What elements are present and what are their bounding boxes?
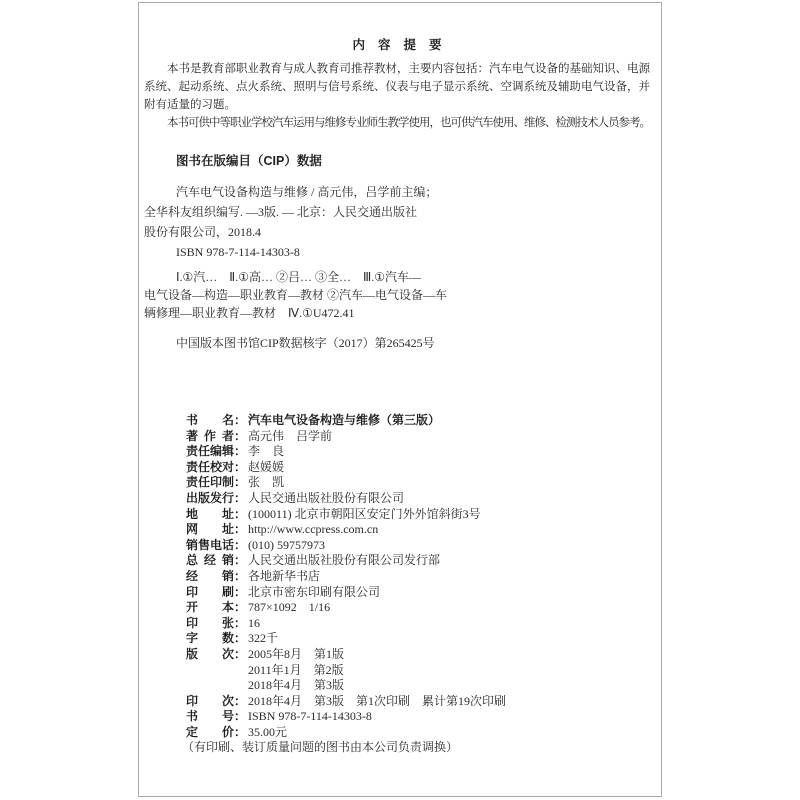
colophon-value: 人民交通出版社股份有限公司发行部 (246, 553, 651, 569)
colophon-row: 书号 ： ISBN 978-7-114-14303-8 (186, 709, 651, 725)
colophon-label: 责任印制 (186, 475, 234, 491)
colophon-value: 16 (246, 616, 651, 632)
colophon-label-colon: ： (234, 507, 246, 523)
colophon-value-line: 赵媛媛 (248, 460, 651, 476)
cip-record-line: 汽车电气设备构造与维修 / 高元伟，吕学前主编； (144, 182, 650, 202)
colophon-label: 销售电话 (186, 538, 234, 554)
colophon-value-line: 2011年1月 第2版 (248, 663, 651, 679)
colophon-value: ISBN 978-7-114-14303-8 (246, 709, 651, 725)
colophon-label-colon: ： (234, 491, 246, 507)
colophon-value: 人民交通出版社股份有限公司 (246, 491, 651, 507)
colophon-label-colon: ： (234, 522, 246, 538)
colophon-value-line: 北京市密东印刷有限公司 (248, 585, 651, 601)
cip-isbn-line: ISBN 978-7-114-14303-8 (144, 242, 650, 262)
colophon-value-line: 张 凯 (248, 475, 651, 491)
colophon-value: http://www.ccpress.com.cn (246, 522, 651, 538)
colophon-value-line: 322千 (248, 631, 651, 647)
colophon-label-colon: ： (234, 553, 246, 569)
colophon-label-colon: ： (234, 413, 246, 429)
cip-class-line: Ⅰ.①汽… Ⅱ.①高… ②吕… ③全… Ⅲ.①汽车— (144, 268, 650, 286)
colophon-value: 高元伟 吕学前 (246, 429, 651, 445)
cip-record-line: 股份有限公司，2018.4 (144, 222, 650, 242)
colophon-value-line: 2018年4月 第3版 第1次印刷 累计第19次印刷 (248, 694, 651, 710)
colophon-row: 版次 ： 2005年8月 第1版2011年1月 第2版2018年4月 第3版 (186, 647, 651, 694)
colophon-label-colon: ： (234, 616, 246, 632)
cip-record: 汽车电气设备构造与维修 / 高元伟，吕学前主编； 全华科友组织编写. —3版. … (144, 182, 650, 262)
colophon-value-line: ISBN 978-7-114-14303-8 (248, 709, 651, 725)
screenshot-canvas: 内容提要 本书是教育部职业教育与成人教育司推荐教材，主要内容包括：汽车电气设备的… (0, 0, 800, 800)
colophon-row: 责任校对 ： 赵媛媛 (186, 460, 651, 476)
colophon-label: 责任校对 (186, 460, 234, 476)
summary-section: 内容提要 本书是教育部职业教育与成人教育司推荐教材，主要内容包括：汽车电气设备的… (144, 35, 650, 132)
colophon-label: 印次 (186, 694, 234, 710)
colophon-label-colon: ： (234, 444, 246, 460)
colophon-row: 印次 ： 2018年4月 第3版 第1次印刷 累计第19次印刷 (186, 694, 651, 710)
summary-title: 内容提要 (144, 35, 650, 53)
colophon-value-line: 2005年8月 第1版 (248, 647, 651, 663)
colophon-value: 张 凯 (246, 475, 651, 491)
cip-section: 图书在版编目（CIP）数据 汽车电气设备构造与维修 / 高元伟，吕学前主编； 全… (144, 151, 650, 351)
colophon-value-line: (010) 59757973 (248, 538, 651, 554)
colophon-label-colon: ： (234, 429, 246, 445)
cip-heading: 图书在版编目（CIP）数据 (176, 151, 650, 169)
colophon-row: 总经销 ： 人民交通出版社股份有限公司发行部 (186, 553, 651, 569)
colophon-label-colon: ： (234, 475, 246, 491)
colophon-value-line: 16 (248, 616, 651, 632)
colophon-value: 赵媛媛 (246, 460, 651, 476)
colophon-row: 著作者 ： 高元伟 吕学前 (186, 429, 651, 445)
colophon-label-colon: ： (234, 538, 246, 554)
colophon-label-colon: ： (234, 694, 246, 710)
colophon-label: 总经销 (186, 553, 234, 569)
colophon-row: 印张 ： 16 (186, 616, 651, 632)
colophon-row: 开本 ： 787×1092 1/16 (186, 600, 651, 616)
colophon-value-line: 高元伟 吕学前 (248, 429, 651, 445)
colophon-value: (010) 59757973 (246, 538, 651, 554)
colophon-value-line: 2018年4月 第3版 (248, 678, 651, 694)
colophon-value-line: http://www.ccpress.com.cn (248, 522, 651, 538)
colophon-row: 销售电话 ： (010) 59757973 (186, 538, 651, 554)
colophon-row: 字数 ： 322千 (186, 631, 651, 647)
colophon-label: 出版发行 (186, 491, 234, 507)
colophon-row: 定价 ： 35.00元 (186, 725, 651, 741)
colophon-value-line: 35.00元 (248, 725, 651, 741)
colophon-value: 北京市密东印刷有限公司 (246, 585, 651, 601)
summary-paragraph-2: 本书可供中等职业学校汽车运用与维修专业师生教学使用，也可供汽车使用、维修、检测技… (144, 114, 650, 132)
colophon-value: 李 良 (246, 444, 651, 460)
colophon-section: 书名 ： 汽车电气设备构造与维修（第三版） 著作者 ： 高元伟 吕学前 责任编辑… (186, 413, 651, 756)
colophon-label-colon: ： (234, 585, 246, 601)
colophon-value-line: 各地新华书店 (248, 569, 651, 585)
colophon-row: 责任印制 ： 张 凯 (186, 475, 651, 491)
colophon-value: 2005年8月 第1版2011年1月 第2版2018年4月 第3版 (246, 647, 651, 694)
colophon-label-colon: ： (234, 569, 246, 585)
colophon-row: 经销 ： 各地新华书店 (186, 569, 651, 585)
cip-class-line: 电气设备—构造—职业教育—教材 ②汽车—电气设备—车 (144, 286, 650, 304)
colophon-value: 各地新华书店 (246, 569, 651, 585)
colophon-rows: 书名 ： 汽车电气设备构造与维修（第三版） 著作者 ： 高元伟 吕学前 责任编辑… (186, 413, 651, 740)
colophon-value-line: 汽车电气设备构造与维修（第三版） (248, 413, 651, 429)
colophon-label-colon: ： (234, 725, 246, 741)
colophon-row: 出版发行 ： 人民交通出版社股份有限公司 (186, 491, 651, 507)
colophon-value: 787×1092 1/16 (246, 600, 651, 616)
cip-classification: Ⅰ.①汽… Ⅱ.①高… ②吕… ③全… Ⅲ.①汽车— 电气设备—构造—职业教育—… (144, 268, 650, 322)
colophon-value-line: 李 良 (248, 444, 651, 460)
colophon-label: 版次 (186, 647, 234, 663)
colophon-row: 地址 ： (100011) 北京市朝阳区安定门外外馆斜街3号 (186, 507, 651, 523)
summary-paragraph-1: 本书是教育部职业教育与成人教育司推荐教材，主要内容包括：汽车电气设备的基础知识、… (144, 60, 650, 114)
colophon-value-line: (100011) 北京市朝阳区安定门外外馆斜街3号 (248, 507, 651, 523)
colophon-label: 经销 (186, 569, 234, 585)
colophon-value: 汽车电气设备构造与维修（第三版） (246, 413, 651, 429)
colophon-value: 2018年4月 第3版 第1次印刷 累计第19次印刷 (246, 694, 651, 710)
colophon-label: 字数 (186, 631, 234, 647)
colophon-label: 印张 (186, 616, 234, 632)
colophon-row: 印刷 ： 北京市密东印刷有限公司 (186, 585, 651, 601)
colophon-row: 网址 ： http://www.ccpress.com.cn (186, 522, 651, 538)
colophon-value-line: 人民交通出版社股份有限公司 (248, 491, 651, 507)
cip-record-line: 全华科友组织编写. —3版. — 北京：人民交通出版社 (144, 202, 650, 222)
book-copyright-page: 内容提要 本书是教育部职业教育与成人教育司推荐教材，主要内容包括：汽车电气设备的… (138, 2, 662, 797)
colophon-label-colon: ： (234, 460, 246, 476)
cip-registry-number: 中国版本图书馆CIP数据核字（2017）第265425号 (176, 334, 650, 351)
colophon-value: (100011) 北京市朝阳区安定门外外馆斜街3号 (246, 507, 651, 523)
colophon-label: 定价 (186, 725, 234, 741)
colophon-label-colon: ： (234, 647, 246, 663)
colophon-label: 网址 (186, 522, 234, 538)
colophon-note: （有印刷、装订质量问题的图书由本公司负责调换） (182, 740, 651, 756)
colophon-label: 责任编辑 (186, 444, 234, 460)
colophon-label-colon: ： (234, 709, 246, 725)
colophon-label-colon: ： (234, 600, 246, 616)
colophon-label: 地址 (186, 507, 234, 523)
colophon-value-line: 人民交通出版社股份有限公司发行部 (248, 553, 651, 569)
colophon-label: 印刷 (186, 585, 234, 601)
colophon-label: 著作者 (186, 429, 234, 445)
colophon-value: 35.00元 (246, 725, 651, 741)
cip-class-line: 辆修理—职业教育—教材 Ⅳ.①U472.41 (144, 304, 650, 322)
colophon-label: 书名 (186, 413, 234, 429)
colophon-label-colon: ： (234, 631, 246, 647)
colophon-row: 责任编辑 ： 李 良 (186, 444, 651, 460)
colophon-value-line: 787×1092 1/16 (248, 600, 651, 616)
colophon-row: 书名 ： 汽车电气设备构造与维修（第三版） (186, 413, 651, 429)
colophon-label: 开本 (186, 600, 234, 616)
colophon-value: 322千 (246, 631, 651, 647)
colophon-label: 书号 (186, 709, 234, 725)
